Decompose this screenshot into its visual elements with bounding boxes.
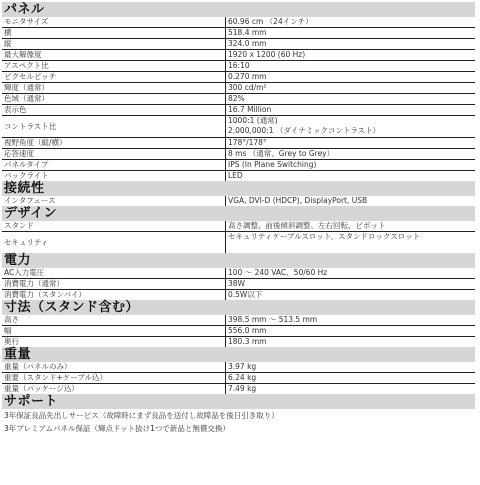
table-row: インタフェースVGA, DVI-D (HDCP), DisplayPort, U… <box>2 196 475 206</box>
spec-label: 表示色 <box>2 105 225 115</box>
spec-value: 16.7 Million <box>225 105 475 115</box>
support-line: 3年プレミアムパネル保証（輝点ドット抜け1つで新品と無償交換） <box>2 422 475 435</box>
spec-label: 重量（パッケージ込） <box>2 384 225 394</box>
section-header-design: デザイン <box>2 206 475 221</box>
table-row: 消費電力（通常）38W <box>2 279 475 290</box>
spec-value: 0.5W以下 <box>225 290 475 300</box>
spec-value-line: 1000:1 (通常) <box>228 116 475 126</box>
table-row: 奥行180.3 mm <box>2 337 475 347</box>
spec-label: 輝度（通常） <box>2 83 225 93</box>
table-row: 輝度（通常）300 cd/m² <box>2 83 475 94</box>
spec-value: 180.3 mm <box>225 337 475 347</box>
spec-label: 最大解像度 <box>2 50 225 60</box>
spec-label: 消費電力（スタンバイ） <box>2 290 225 300</box>
table-row: バックライトLED <box>2 171 475 181</box>
spec-value: 518.4 mm <box>225 28 475 38</box>
spec-label: 色域（通常） <box>2 94 225 104</box>
spec-label: パネルタイプ <box>2 160 225 170</box>
section-header-dimensions: 寸法（スタンド含む） <box>2 300 475 315</box>
spec-value: 1920 x 1200 (60 Hz) <box>225 50 475 60</box>
spec-value: 38W <box>225 279 475 289</box>
section-header-weight: 重量 <box>2 347 475 362</box>
spec-value: 60.96 cm （24インチ） <box>225 17 475 27</box>
spec-value: 0.270 mm <box>225 72 475 82</box>
table-row: 応答速度8 ms （通常、Grey to Grey） <box>2 149 475 160</box>
spec-label: コントラスト比 <box>2 116 225 137</box>
spec-value: 398.5 mm ～ 513.5 mm <box>225 315 475 325</box>
spec-value: 556.0 mm <box>225 326 475 336</box>
table-row: モニタサイズ60.96 cm （24インチ） <box>2 17 475 28</box>
spec-value: 16:10 <box>225 61 475 71</box>
spec-label: 消費電力（通常） <box>2 279 225 289</box>
spec-label: 高さ <box>2 315 225 325</box>
spec-label: インタフェース <box>2 196 225 206</box>
spec-label: 重要（スタンド+ケーブル込） <box>2 373 225 383</box>
spec-label: 奥行 <box>2 337 225 347</box>
table-row: 消費電力（スタンバイ）0.5W以下 <box>2 290 475 300</box>
spec-label: 縦 <box>2 39 225 49</box>
spec-label: バックライト <box>2 171 225 181</box>
spec-value: 7.49 kg <box>225 384 475 394</box>
section-header-connectivity: 接続性 <box>2 181 475 196</box>
spec-label: 横 <box>2 28 225 38</box>
table-row: 表示色16.7 Million <box>2 105 475 116</box>
spec-label: スタンド <box>2 221 225 231</box>
spec-value: IPS (In Plane Switching) <box>225 160 475 170</box>
spec-value: セキュリティケーブルスロット、スタンドロックスロット <box>225 232 475 253</box>
table-row: 縦324.0 mm <box>2 39 475 50</box>
table-row: 横518.4 mm <box>2 28 475 39</box>
spec-label: AC入力電圧 <box>2 268 225 278</box>
spec-label: ピクセルピッチ <box>2 72 225 82</box>
table-row: 重要（スタンド+ケーブル込）6.24 kg <box>2 373 475 384</box>
spec-label: アスペクト比 <box>2 61 225 71</box>
table-row: ピクセルピッチ0.270 mm <box>2 72 475 83</box>
spec-label: 視野角度（縦/横） <box>2 138 225 148</box>
spec-label: 応答速度 <box>2 149 225 159</box>
spec-value: 1000:1 (通常)2,000,000:1 （ダイナミックコントラスト） <box>225 116 475 137</box>
spec-value: 178°/178° <box>225 138 475 148</box>
spec-value: 82% <box>225 94 475 104</box>
spec-value: 6.24 kg <box>225 373 475 383</box>
section-header-power: 電力 <box>2 253 475 268</box>
spec-label: 幅 <box>2 326 225 336</box>
spec-label: モニタサイズ <box>2 17 225 27</box>
section-header-support: サポート <box>2 394 475 409</box>
spec-value: 高さ調整、前後傾斜調整、左右回転、ピボット <box>225 221 475 231</box>
support-line: 3年保証良品先出しサービス（故障時にまず良品を送付し故障品を後日引き取り） <box>2 409 475 422</box>
table-row: スタンド高さ調整、前後傾斜調整、左右回転、ピボット <box>2 221 475 232</box>
table-row: 視野角度（縦/横）178°/178° <box>2 138 475 149</box>
table-row: コントラスト比1000:1 (通常)2,000,000:1 （ダイナミックコント… <box>2 116 475 138</box>
table-row: 重量（パッケージ込）7.49 kg <box>2 384 475 394</box>
table-row: パネルタイプIPS (In Plane Switching) <box>2 160 475 171</box>
table-row: 最大解像度1920 x 1200 (60 Hz) <box>2 50 475 61</box>
table-row: アスペクト比16:10 <box>2 61 475 72</box>
spec-value: 300 cd/m² <box>225 83 475 93</box>
spec-value: VGA, DVI-D (HDCP), DisplayPort, USB <box>225 196 475 206</box>
table-row: 色域（通常）82% <box>2 94 475 105</box>
spec-value: LED <box>225 171 475 181</box>
spec-value: 3.97 kg <box>225 362 475 372</box>
spec-table: パネル モニタサイズ60.96 cm （24インチ） 横518.4 mm 縦32… <box>2 2 475 435</box>
table-row: 幅556.0 mm <box>2 326 475 337</box>
spec-label: セキュリティ <box>2 232 225 253</box>
spec-label: 重量（パネルのみ） <box>2 362 225 372</box>
table-row: 高さ398.5 mm ～ 513.5 mm <box>2 315 475 326</box>
table-row: セキュリティセキュリティケーブルスロット、スタンドロックスロット <box>2 232 475 253</box>
table-row: 重量（パネルのみ）3.97 kg <box>2 362 475 373</box>
spec-value-line: 2,000,000:1 （ダイナミックコントラスト） <box>228 126 475 136</box>
section-header-panel: パネル <box>2 2 475 17</box>
spec-value: 8 ms （通常、Grey to Grey） <box>225 149 475 159</box>
spec-value: 324.0 mm <box>225 39 475 49</box>
table-row: AC入力電圧100 ～ 240 VAC、50/60 Hz <box>2 268 475 279</box>
spec-value: 100 ～ 240 VAC、50/60 Hz <box>225 268 475 278</box>
